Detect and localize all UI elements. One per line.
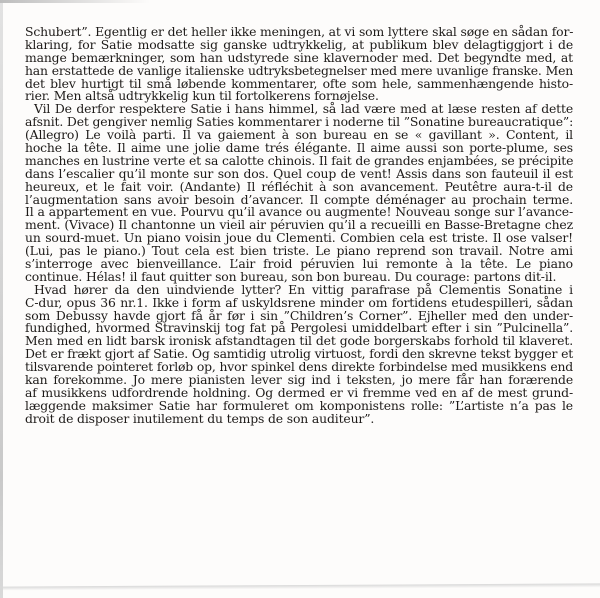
body-text: Schubert”. Egentlig er det heller ikke m… bbox=[25, 26, 573, 426]
page-edge bbox=[0, 0, 3, 598]
paragraph-2: Vil De derfor respektere Satie i hans hi… bbox=[25, 103, 573, 283]
paragraph-3: Hvad hører da den uindviende lytter? En … bbox=[25, 284, 573, 426]
text-line: droit de disposer inutilement du temps d… bbox=[25, 413, 573, 426]
page-shadow-bottom bbox=[0, 583, 600, 590]
page-shadow-top bbox=[0, 0, 150, 3]
paragraph-1: Schubert”. Egentlig er det heller ikke m… bbox=[25, 26, 573, 103]
